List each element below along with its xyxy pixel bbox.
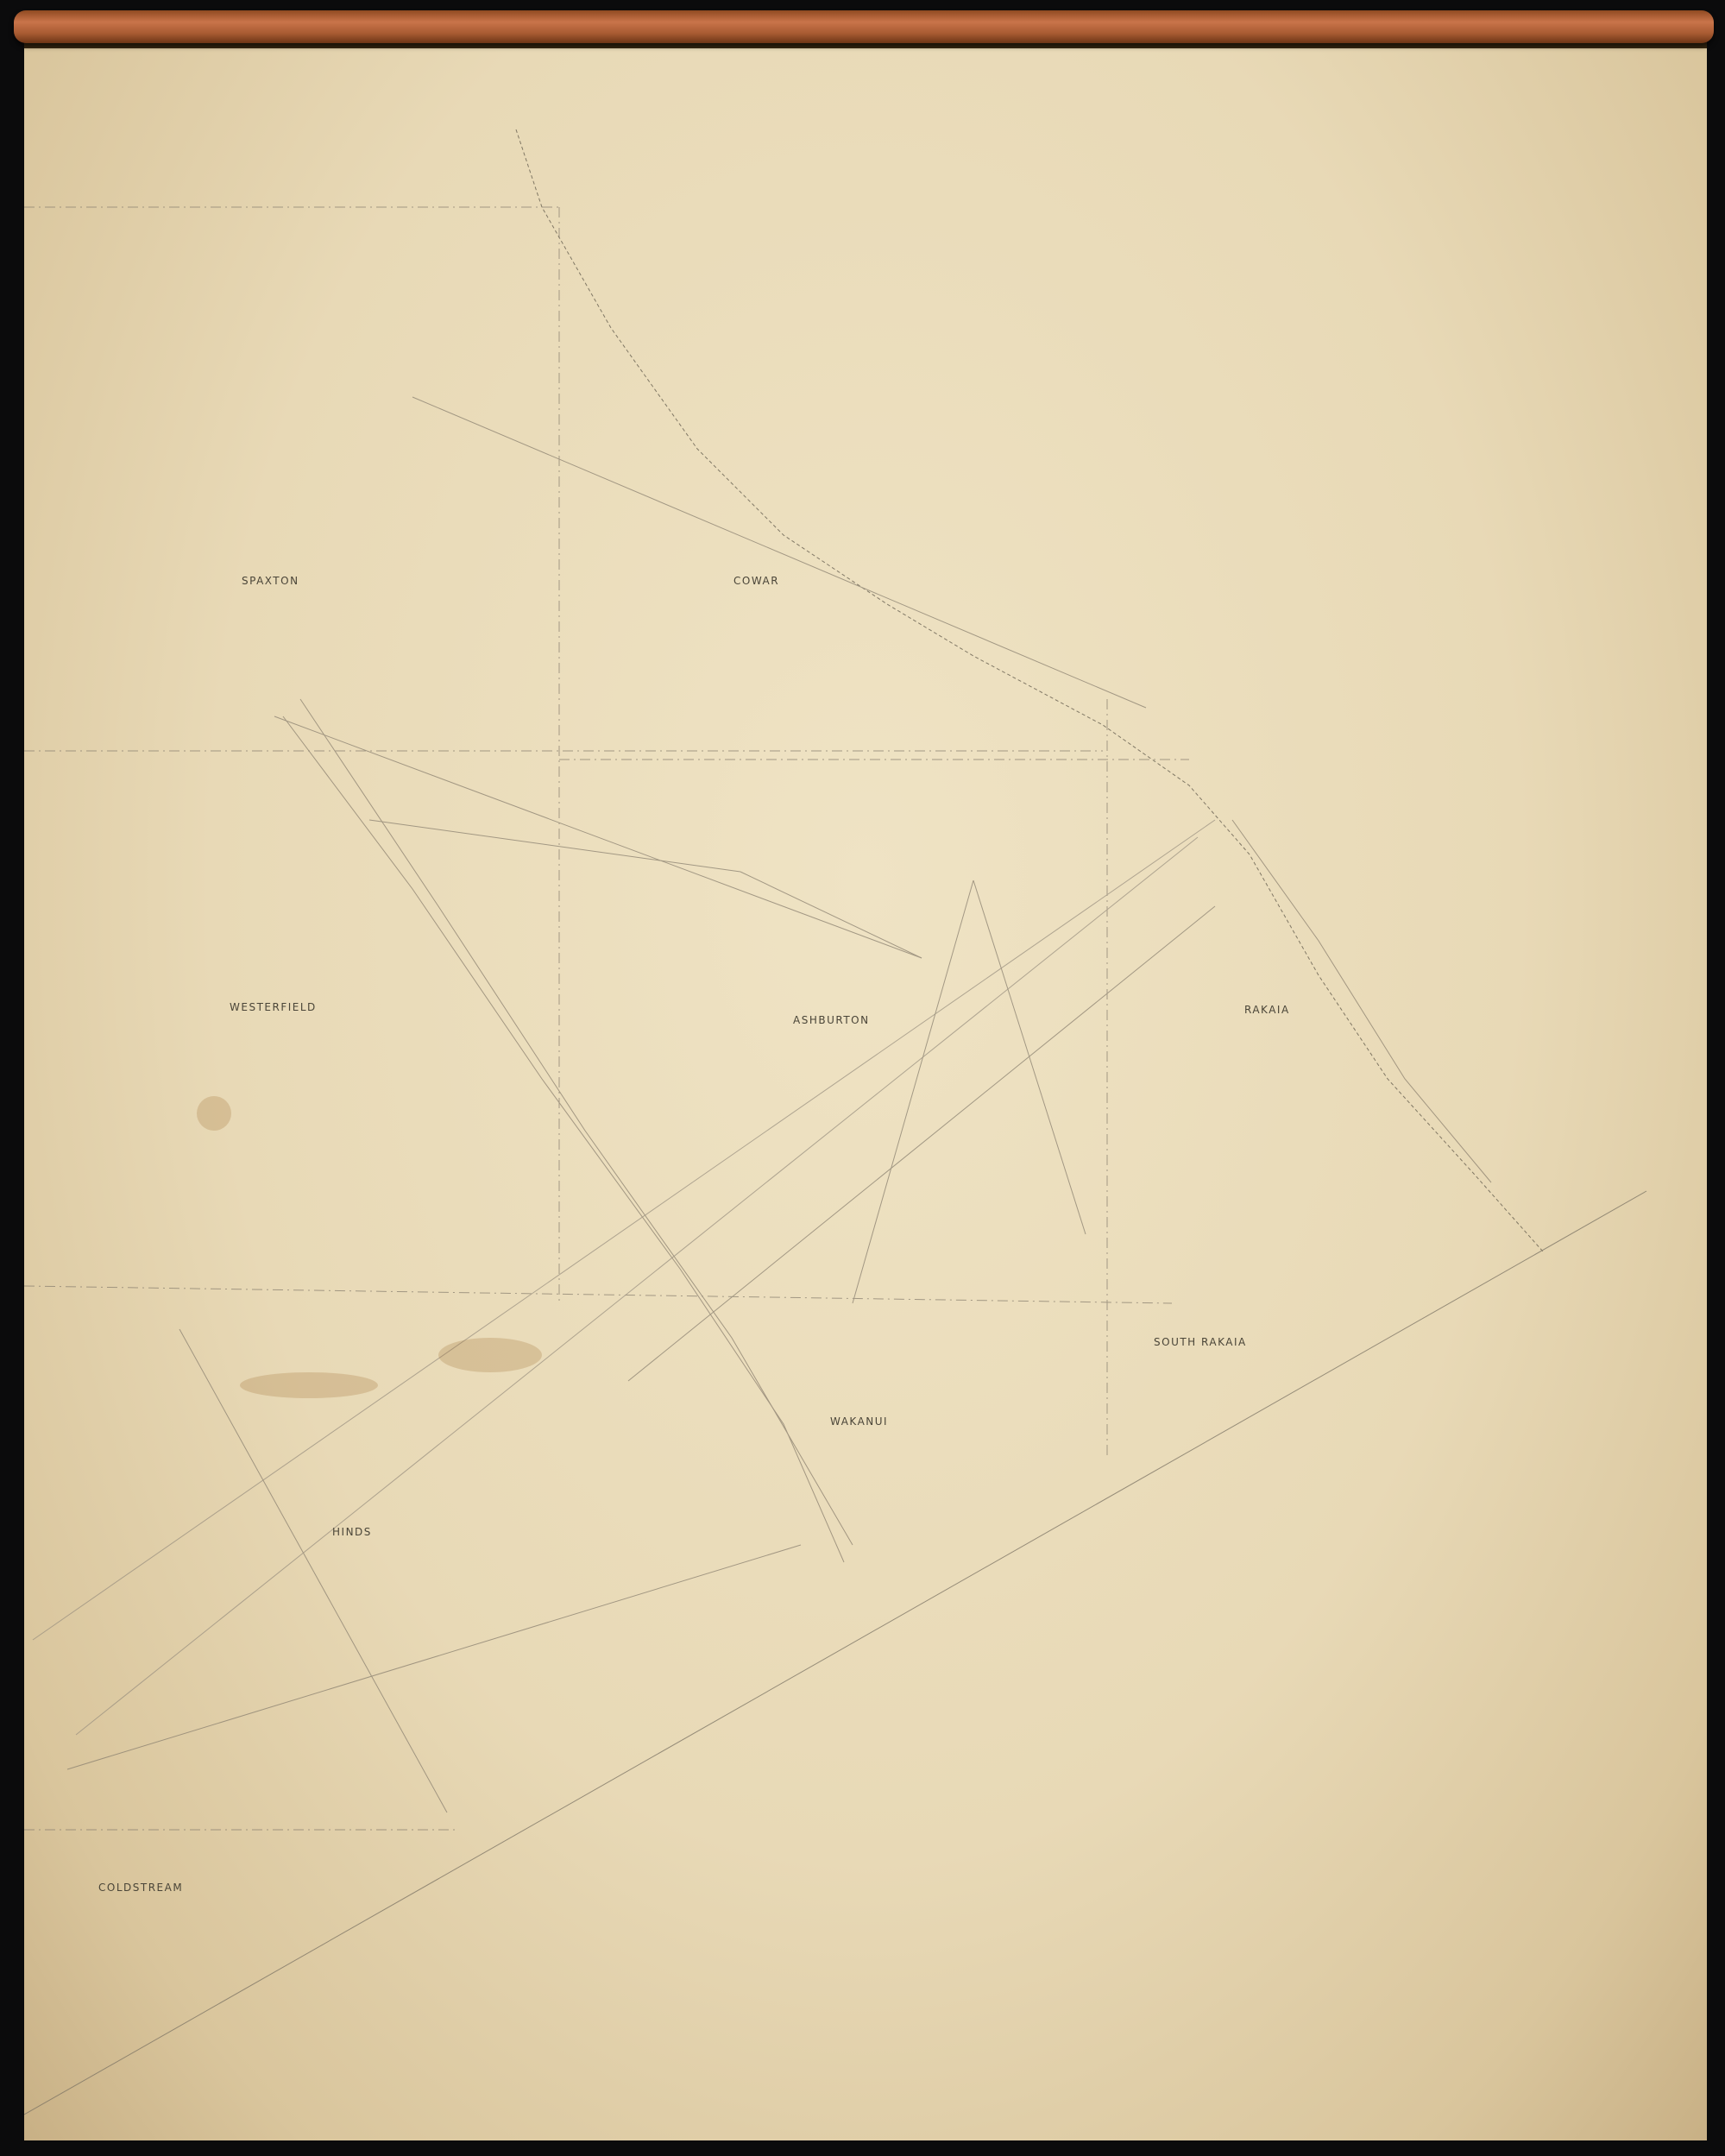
district-label-westerfield: WESTERFIELD	[230, 1001, 317, 1013]
map-sheet[interactable]: SPAXTON COWAR WESTERFIELD ASHBURTON RAKA…	[24, 43, 1707, 2140]
district-label-spaxton: SPAXTON	[242, 575, 299, 587]
survey-linework	[24, 43, 1707, 2140]
water-stain	[240, 1372, 378, 1398]
district-label-hinds: HINDS	[332, 1526, 372, 1538]
district-label-south-rakaia: SOUTH RAKAIA	[1154, 1336, 1247, 1348]
water-stain	[438, 1338, 542, 1372]
district-label-ashburton: ASHBURTON	[793, 1014, 870, 1026]
district-label-cowar: COWAR	[733, 575, 779, 587]
water-stain	[197, 1096, 231, 1131]
district-label-wakanui: WAKANUI	[830, 1415, 888, 1428]
wooden-roller-rod	[14, 10, 1714, 43]
district-label-coldstream: COLDSTREAM	[98, 1882, 183, 1894]
district-label-rakaia: RAKAIA	[1244, 1004, 1290, 1016]
